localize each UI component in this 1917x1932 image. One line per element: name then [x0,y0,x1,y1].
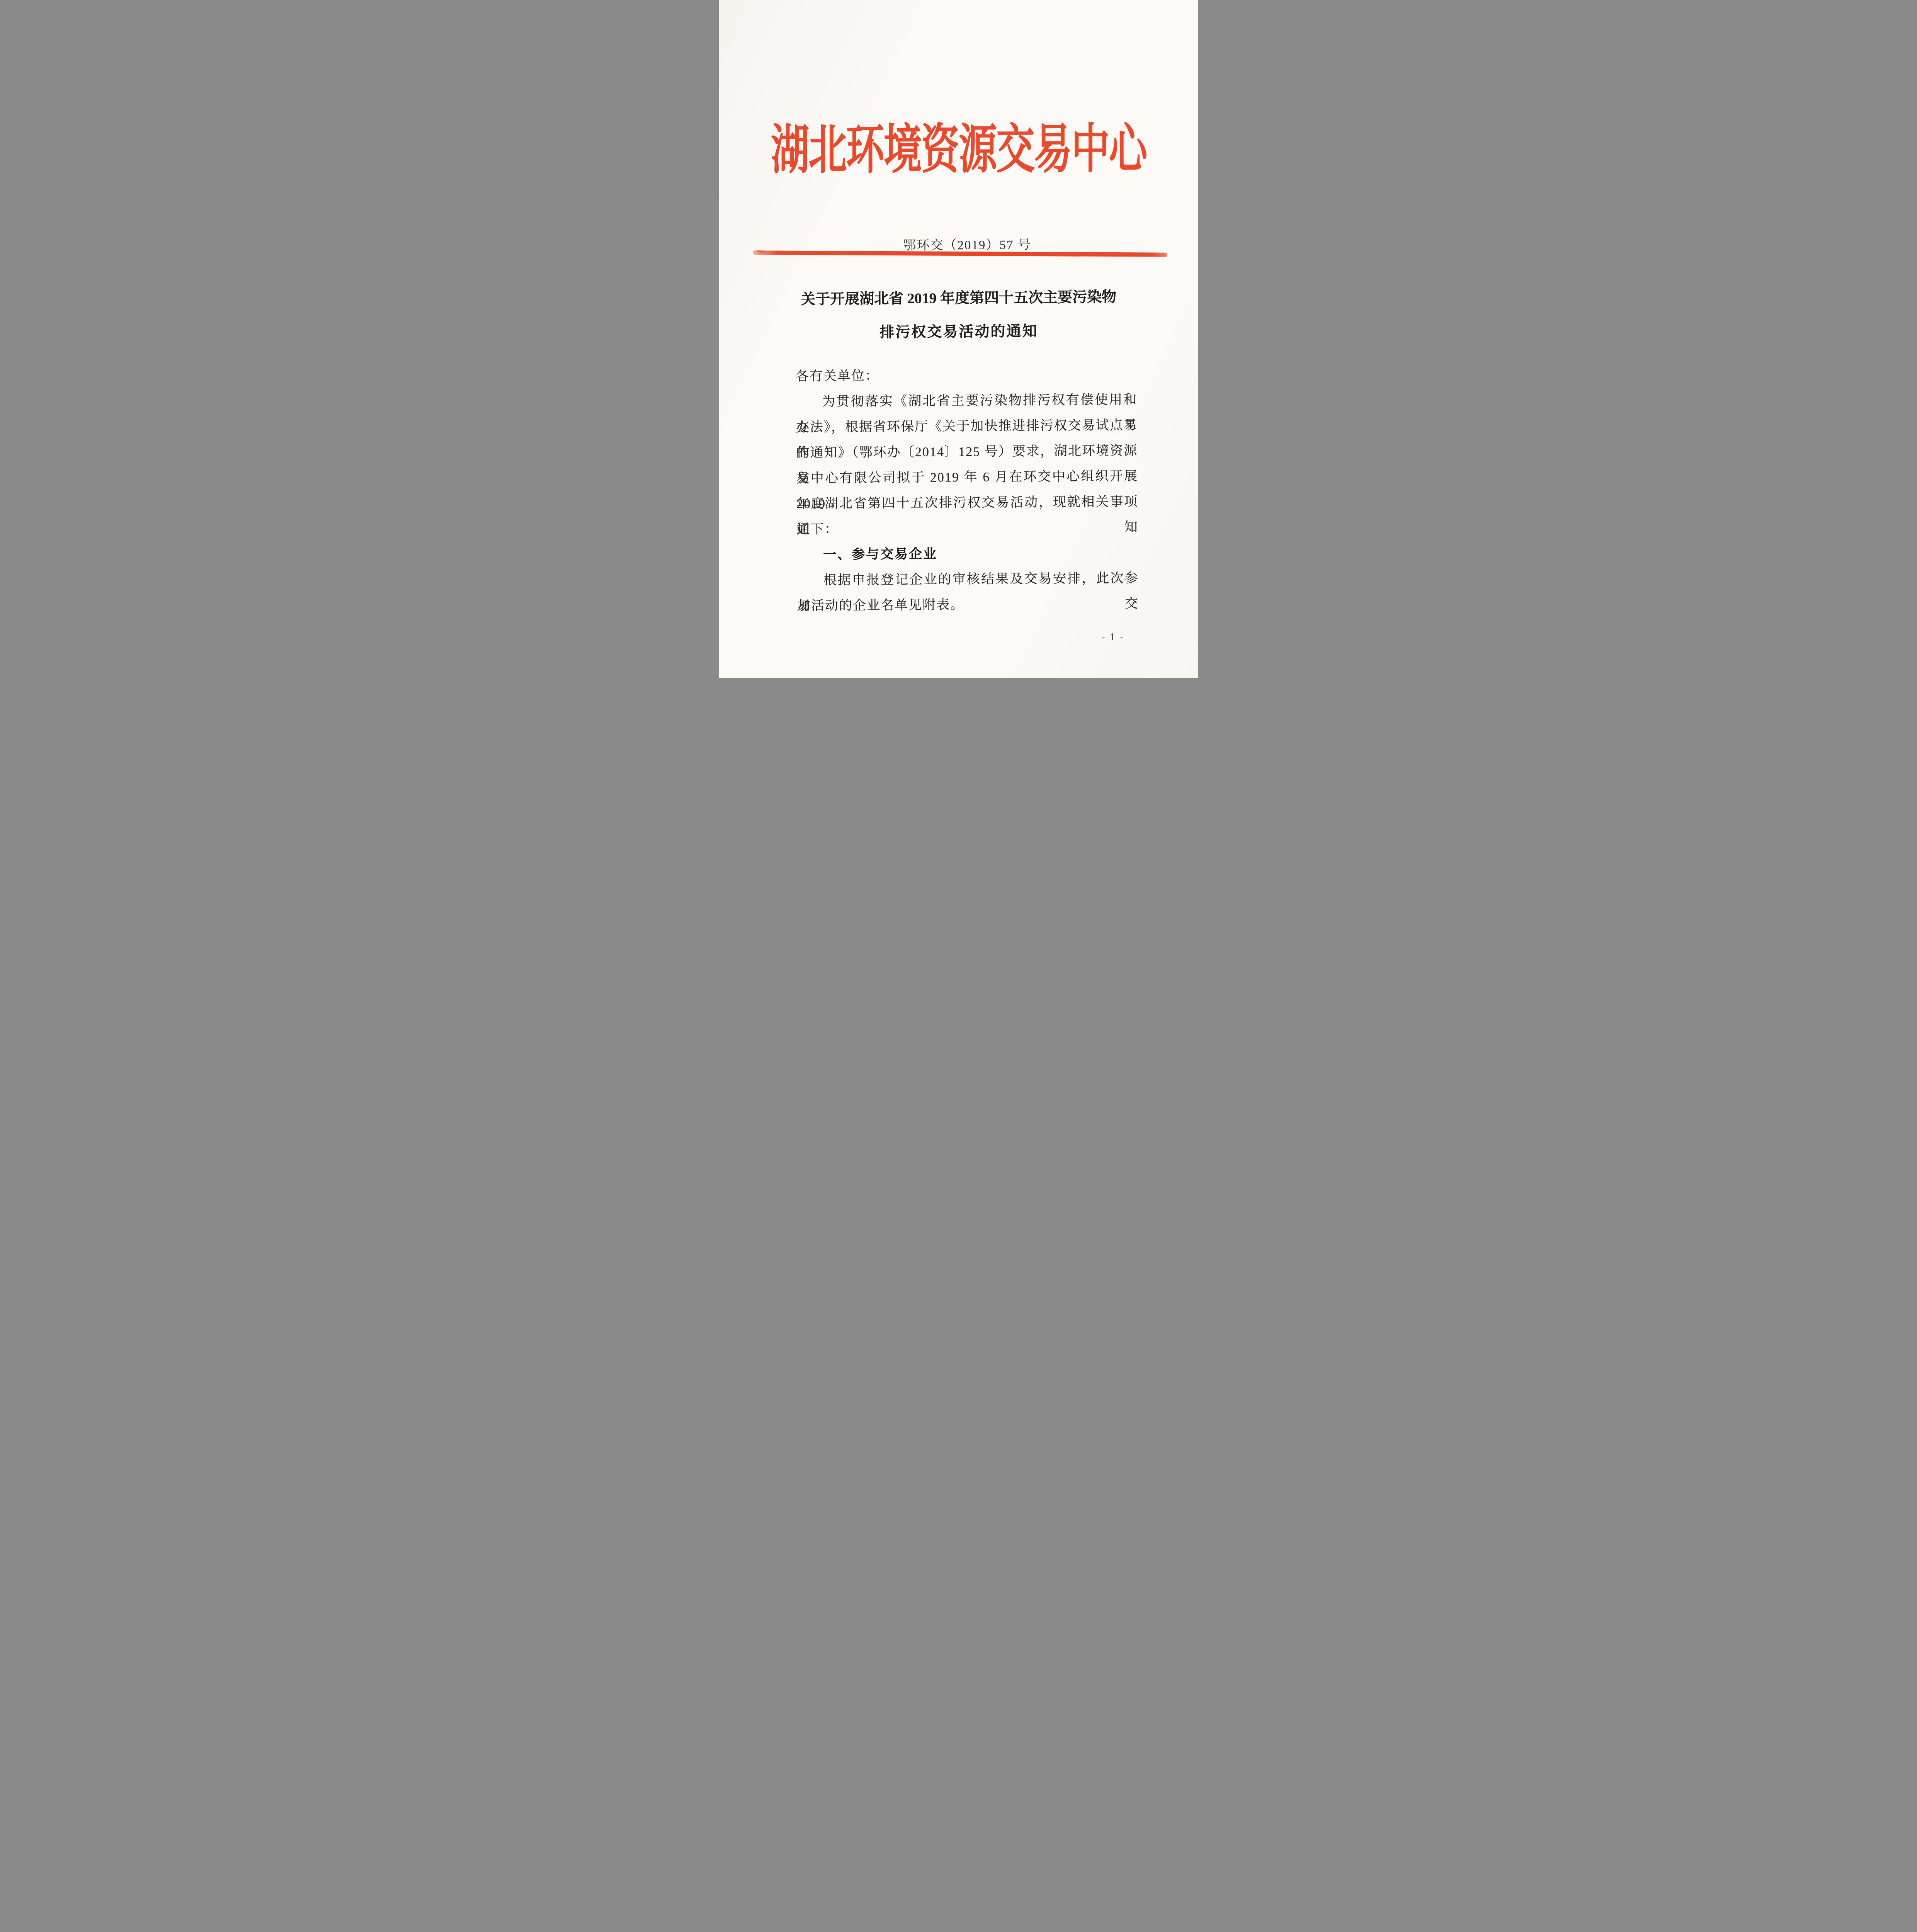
body-line: 的通知》（鄂环办〔2014〕125 号）要求，湖北环境资源交 [796,438,1138,466]
body-line: 办法》，根据省环保厅《关于加快推进排污权交易试点工作 [796,413,1137,440]
notice-title: 关于开展湖北省 2019 年度第四十五次主要污染物 排污权交易活动的通知 [719,280,1198,350]
salutation: 各有关单位： [795,362,1137,389]
notice-title-line1: 关于开展湖北省 2019 年度第四十五次主要污染物 [719,280,1198,317]
notice-body: 各有关单位： 为贯彻落实《湖北省主要污染物排污权有偿使用和交易 办法》，根据省环… [795,362,1139,619]
section-heading: 一、参与交易企业 [796,540,1138,568]
body-line: 易中心有限公司拟于 2019 年 6 月在环交中心组织开展 2019 [796,464,1138,492]
letterhead-org-title: 湖北环境资源交易中心 [771,122,1146,178]
scanned-notice-page: 湖北环境资源交易中心 鄂环交（2019）57 号 关于开展湖北省 2019 年度… [719,0,1198,678]
body-line: 根据申报登记企业的审核结果及交易安排，此次参加交 [797,566,1138,594]
body-line: 为贯彻落实《湖北省主要污染物排污权有偿使用和交易 [796,387,1137,415]
body-line: 年度湖北省第四十五次排污权交易活动，现就相关事项通知 [796,489,1138,517]
notice-title-line2: 排污权交易活动的通知 [719,313,1198,350]
page-number: - 1 - [1087,629,1140,645]
